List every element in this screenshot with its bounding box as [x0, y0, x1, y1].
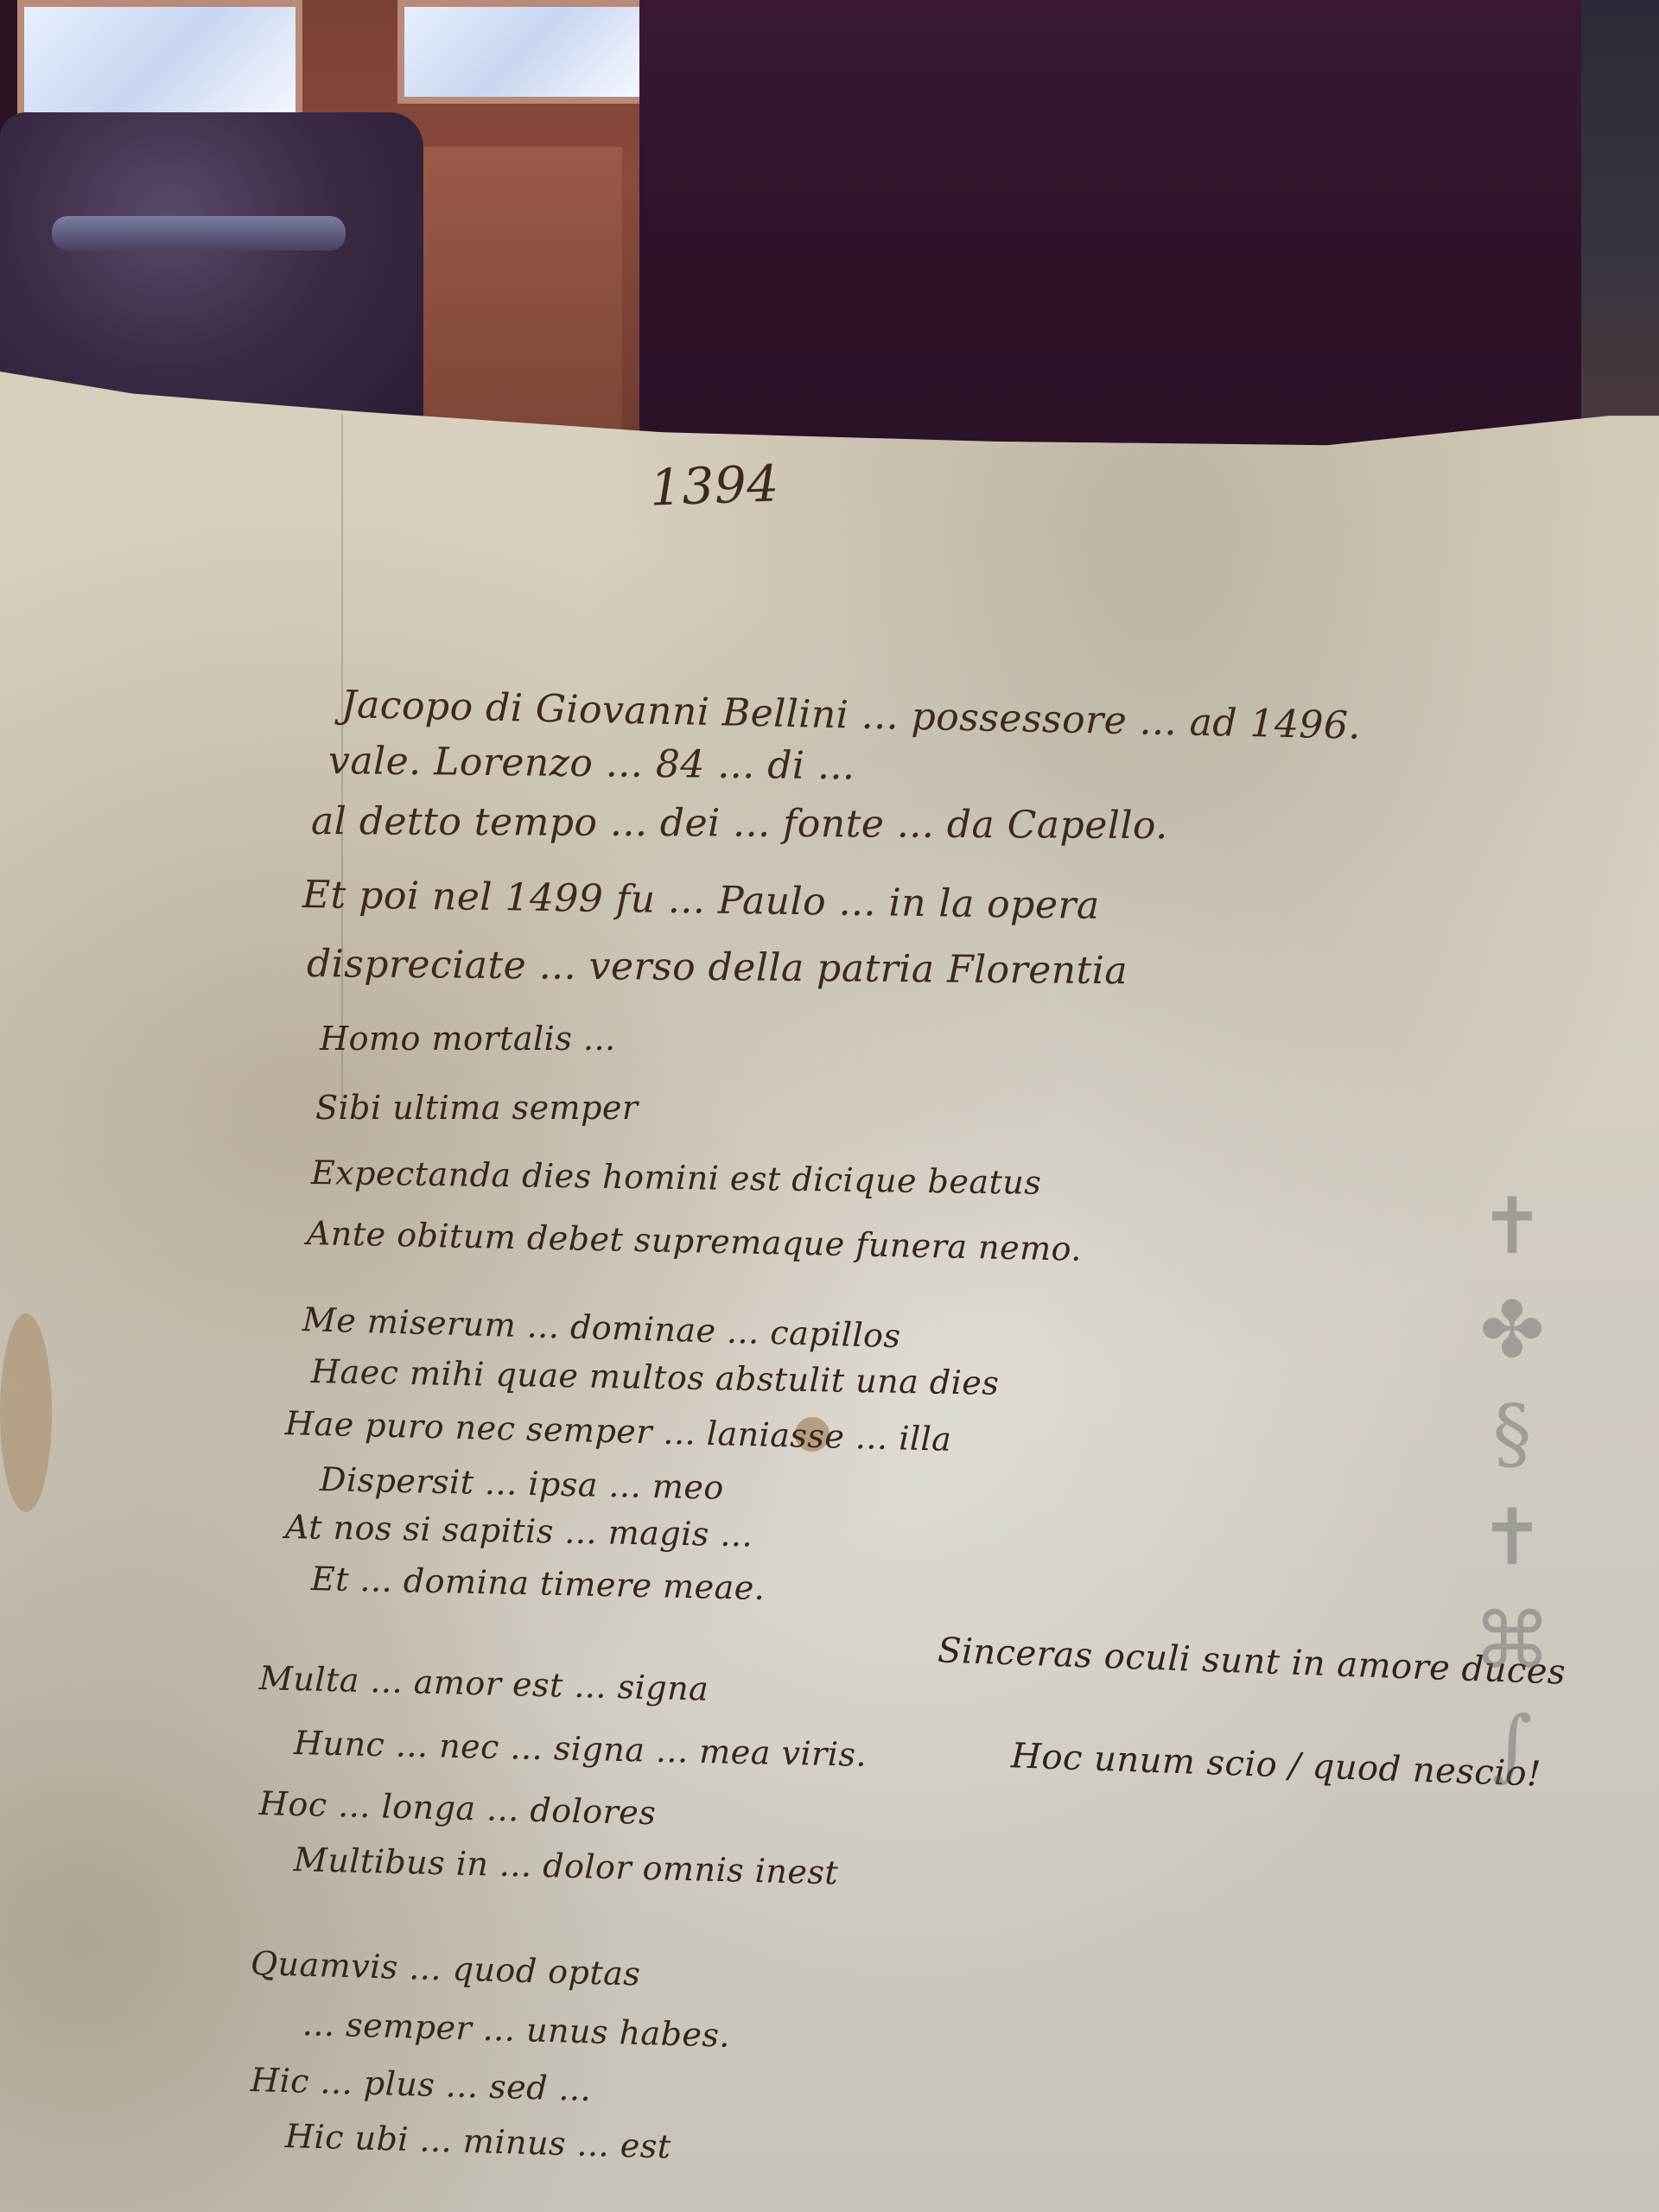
- entry-line: vale. Lorenzo ... 84 ... di ...: [328, 739, 855, 788]
- poem-line: Homo mortalis ...: [320, 1020, 616, 1058]
- background-edge: [1581, 0, 1659, 449]
- margin-flourish-decoration: ✝✤§✝⌘∫: [1434, 1175, 1590, 1953]
- background-scene: [0, 0, 1659, 449]
- entry-line: al detto tempo ... dei ... fonte ... da …: [311, 799, 1168, 848]
- poem-line: Sibi ultima semper: [315, 1089, 639, 1127]
- door-panel: [389, 147, 622, 449]
- poem-line: At nos si sapitis ... magis ...: [285, 1508, 753, 1554]
- manuscript-page: [0, 372, 1659, 2212]
- window-right: [397, 0, 648, 104]
- water-stain: [0, 1313, 52, 1512]
- burgundy-wall: [639, 0, 1590, 449]
- chair-backrest: [52, 216, 346, 251]
- entry-line: dispreciate ... verso della patria Flore…: [307, 942, 1128, 993]
- window-left: [17, 0, 302, 130]
- year-heading: 1394: [649, 454, 780, 517]
